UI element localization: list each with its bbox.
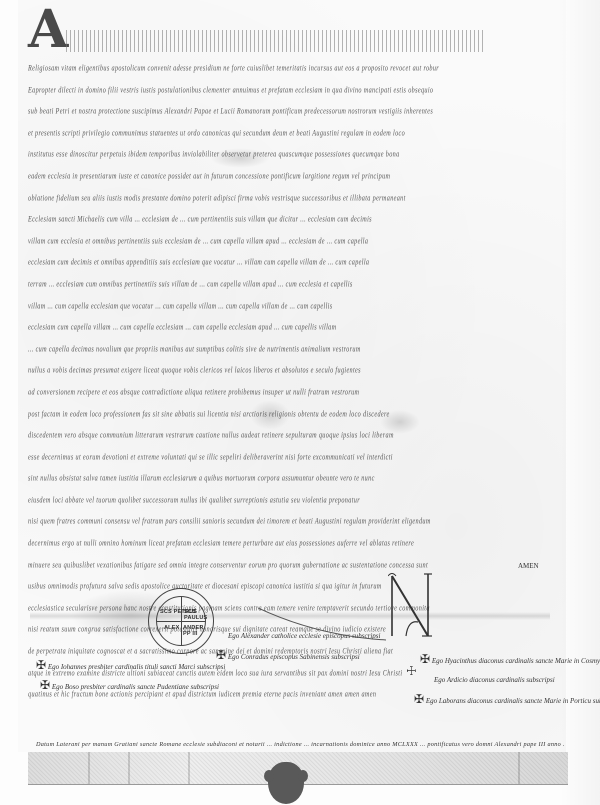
text-line: Eapropter dilecti in domino filii vestri… [28, 80, 534, 102]
text-line: Ecclesiam sancti Michaelis cum villa ...… [28, 209, 534, 231]
cross-icon: ✠ [420, 652, 430, 666]
text-line: oblatione fidelium seu aliis iustis modi… [28, 188, 534, 210]
text-line: esse decernimus ut eorum devotioni et ex… [28, 447, 534, 469]
cross-icon: ✠ [40, 678, 50, 692]
text-line: Religiosam vitam eligentibus apostolicum… [28, 58, 534, 80]
text-line: ... cum capella decimas novalium que pro… [28, 339, 534, 361]
plica-crease [128, 752, 130, 784]
lead-bulla-seal [268, 762, 304, 804]
rota-inner-circle: SCS PETRUS SCS PAULUS ALEX ANDER PP III [156, 596, 206, 646]
rota-quadrant: ANDER PP III [183, 625, 205, 637]
text-line: post factam in eodem loco professionem f… [28, 404, 534, 426]
text-line: villam ... cum capella ecclesiam que voc… [28, 296, 534, 318]
text-line: eiusdem loci abbate vel tuorum quolibet … [28, 490, 534, 512]
text-line: ad conversionem recipere et eos absque c… [28, 382, 534, 404]
decorated-initial: A [28, 4, 66, 56]
cross-icon: ✠ [36, 658, 46, 672]
rota-seal: SCS PETRUS SCS PAULUS ALEX ANDER PP III [148, 588, 214, 654]
text-line: sub beati Petri et nostra protectione su… [28, 101, 534, 123]
document-scan: A Religiosam vitam eligentibus apostolic… [0, 0, 600, 805]
text-line: decernimus ergo ut nulli omnino hominum … [28, 533, 534, 555]
cardinal-subscription: ✠ Ego Hyacinthus diaconus cardinalis san… [420, 652, 600, 666]
text-line: villam cum ecclesia et omnibus pertinent… [28, 231, 534, 253]
cardinal-subscription: ✠ Ego Iohannes presbiter cardinalis titu… [36, 658, 225, 672]
text-line: terram ... ecclesiam cum omnibus pertine… [28, 274, 534, 296]
text-line: nisi quem fratres communi consensu vel f… [28, 511, 534, 533]
dating-clause: Datum Laterani per manum Gratiani sancte… [36, 741, 564, 748]
cross-icon: ✠ [414, 692, 424, 706]
cardinal-subscription: Ego Ardicio diaconus cardinalis subscrip… [434, 676, 555, 684]
cardinal-subscription: ✠ Ego Laborans diaconus cardinalis sanct… [414, 692, 600, 706]
amen-mark: AMEN [518, 562, 539, 570]
plica-crease [188, 752, 190, 784]
rota-quadrant: ALEX [164, 625, 179, 631]
text-line: sint nullus obsistat salva tamen iustiti… [28, 468, 534, 490]
plica-crease [518, 752, 520, 784]
elongated-letters [66, 30, 486, 52]
text-line: usibus omnimodis profutura salva sedis a… [28, 576, 534, 598]
cross-mark: ☩ [406, 664, 417, 678]
cross-icon: ☩ [406, 664, 417, 678]
text-line: institutus esse dinoscitur perpetuis ibi… [28, 144, 534, 166]
signature-flourish [258, 606, 388, 646]
rota-cross-horizontal [157, 621, 205, 622]
scan-edge-shadow [560, 0, 600, 805]
rota-quadrant: SCS PAULUS [184, 609, 207, 621]
cardinal-subscription: ✠ Ego Conradus episcopus Sabinensis subs… [216, 648, 360, 662]
elongata-first-line: A [28, 4, 468, 54]
text-line: ecclesiam cum decimis et omnibus appendi… [28, 252, 534, 274]
cardinal-subscription: ✠ Ego Boso presbiter cardinalis sancte P… [40, 678, 219, 692]
text-line: minuere seu quibuslibet vexationibus fat… [28, 555, 534, 577]
text-line: ecclesiam cum capella villam ... cum cap… [28, 317, 534, 339]
text-line: et presentis scripti privilegio communim… [28, 123, 534, 145]
text-line: eadem ecclesia in presentiarum iuste et … [28, 166, 534, 188]
text-line: discedentem vero absque communium litter… [28, 425, 534, 447]
text-line: nullus a vobis decimas presumat exigere … [28, 360, 534, 382]
plica-crease [88, 752, 90, 784]
bene-valete-monogram [388, 572, 434, 640]
